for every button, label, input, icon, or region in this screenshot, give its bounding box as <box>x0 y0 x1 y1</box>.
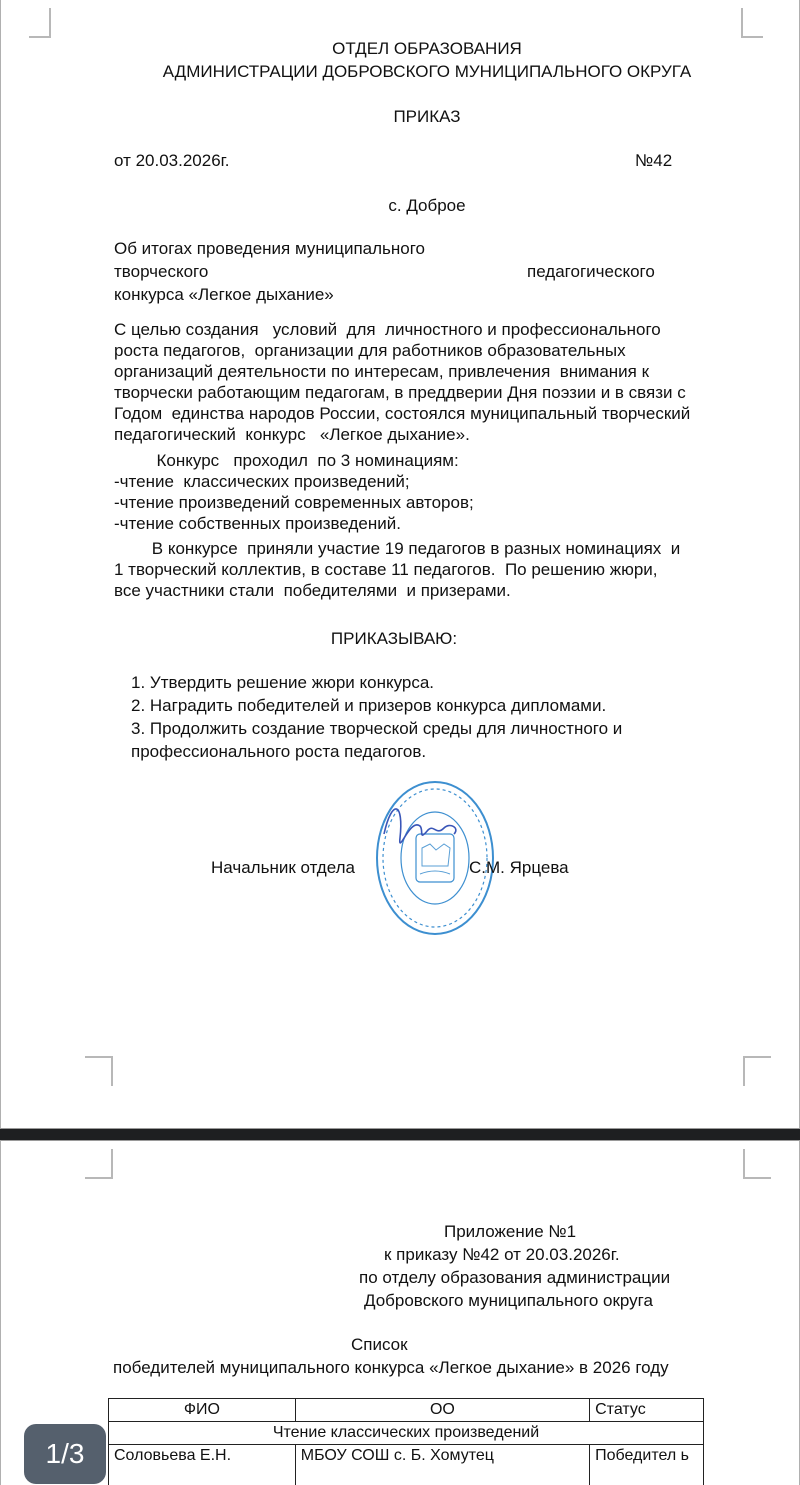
order-heading: ПРИКАЗЫВАЮ: <box>1 628 787 649</box>
document-page-1: ОТДЕЛ ОБРАЗОВАНИЯ АДМИНИСТРАЦИИ ДОБРОВСК… <box>0 0 800 1129</box>
cell-oo: МБОУ СОШ с. Б. Хомутец <box>295 1445 589 1485</box>
nomination-item: -чтение произведений современных авторов… <box>114 492 474 513</box>
cell-fio: Соловьева Е.Н. <box>109 1445 296 1485</box>
body-line: роста педагогов, организации для работни… <box>114 340 626 361</box>
appendix-line: к приказу №42 от 20.03.2026г. <box>384 1244 620 1265</box>
body-line: организаций деятельности по интересам, п… <box>114 361 649 382</box>
header-line-1: ОТДЕЛ ОБРАЗОВАНИЯ <box>1 38 800 59</box>
place: с. Доброе <box>1 195 800 216</box>
doc-type: ПРИКАЗ <box>1 106 800 127</box>
list-subtitle: победителей муниципального конкурса «Лег… <box>113 1357 669 1378</box>
crop-mark-bottom-left <box>85 1056 113 1086</box>
header-status: Статус <box>590 1399 704 1422</box>
cell-status: Победител ь <box>590 1445 704 1485</box>
subject-line-3: конкурса «Легкое дыхание» <box>114 284 334 305</box>
page-indicator: 1/3 <box>24 1424 106 1484</box>
body-line: Конкурс проходил по 3 номинациям: <box>114 450 459 471</box>
order-item: профессионального роста педагогов. <box>131 741 426 762</box>
nomination-item: -чтение классических произведений; <box>114 471 410 492</box>
signature-name: С.М. Ярцева <box>469 857 569 878</box>
order-item: 3. Продолжить создание творческой среды … <box>131 718 622 739</box>
header-oo: ОО <box>295 1399 589 1422</box>
crop-mark-top-right <box>743 1149 771 1179</box>
body-line: 1 творческий коллектив, в составе 11 пед… <box>114 559 658 580</box>
order-item: 2. Наградить победителей и призеров конк… <box>131 695 606 716</box>
body-line: В конкурсе приняли участие 19 педагогов … <box>114 538 680 559</box>
header-line-2: АДМИНИСТРАЦИИ ДОБРОВСКОГО МУНИЦИПАЛЬНОГО… <box>1 61 800 82</box>
crop-mark-bottom-right <box>743 1056 771 1086</box>
list-title: Список <box>351 1334 408 1355</box>
appendix-line: по отделу образования администрации <box>359 1267 670 1288</box>
body-line: педагогический конкурс «Легкое дыхание». <box>114 424 470 445</box>
body-line: С целью создания условий для личностного… <box>114 319 661 340</box>
table-header-row: ФИО ОО Статус <box>109 1399 704 1422</box>
subject-line-1: Об итогах проведения муниципального <box>114 238 425 259</box>
subject-line-2-right: педагогического <box>527 261 655 282</box>
subject-line-2-left: творческого <box>114 261 208 282</box>
header-fio: ФИО <box>109 1399 296 1422</box>
body-line: Годом единства народов России, состоялся… <box>114 403 690 424</box>
appendix-line: Добровского муниципального округа <box>364 1290 653 1311</box>
body-line: творчески работающим педагогам, в преддв… <box>114 382 686 403</box>
section-title: Чтение классических произведений <box>109 1422 704 1445</box>
order-date: от 20.03.2026г. <box>114 150 230 171</box>
order-item: 1. Утвердить решение жюри конкурса. <box>131 672 434 693</box>
crop-mark-top-left <box>29 8 51 38</box>
nomination-item: -чтение собственных произведений. <box>114 513 401 534</box>
winners-table: ФИО ОО Статус Чтение классических произв… <box>108 1398 704 1485</box>
order-number: №42 <box>635 150 672 171</box>
crop-mark-top-right <box>741 8 763 38</box>
appendix-line: Приложение №1 <box>444 1221 576 1242</box>
table-section-row: Чтение классических произведений <box>109 1422 704 1445</box>
body-line: все участники стали победителями и призе… <box>114 580 511 601</box>
signature-position: Начальник отдела <box>211 857 355 878</box>
table-row: Соловьева Е.Н. МБОУ СОШ с. Б. Хомутец По… <box>109 1445 704 1485</box>
crop-mark-top-left <box>85 1149 113 1179</box>
